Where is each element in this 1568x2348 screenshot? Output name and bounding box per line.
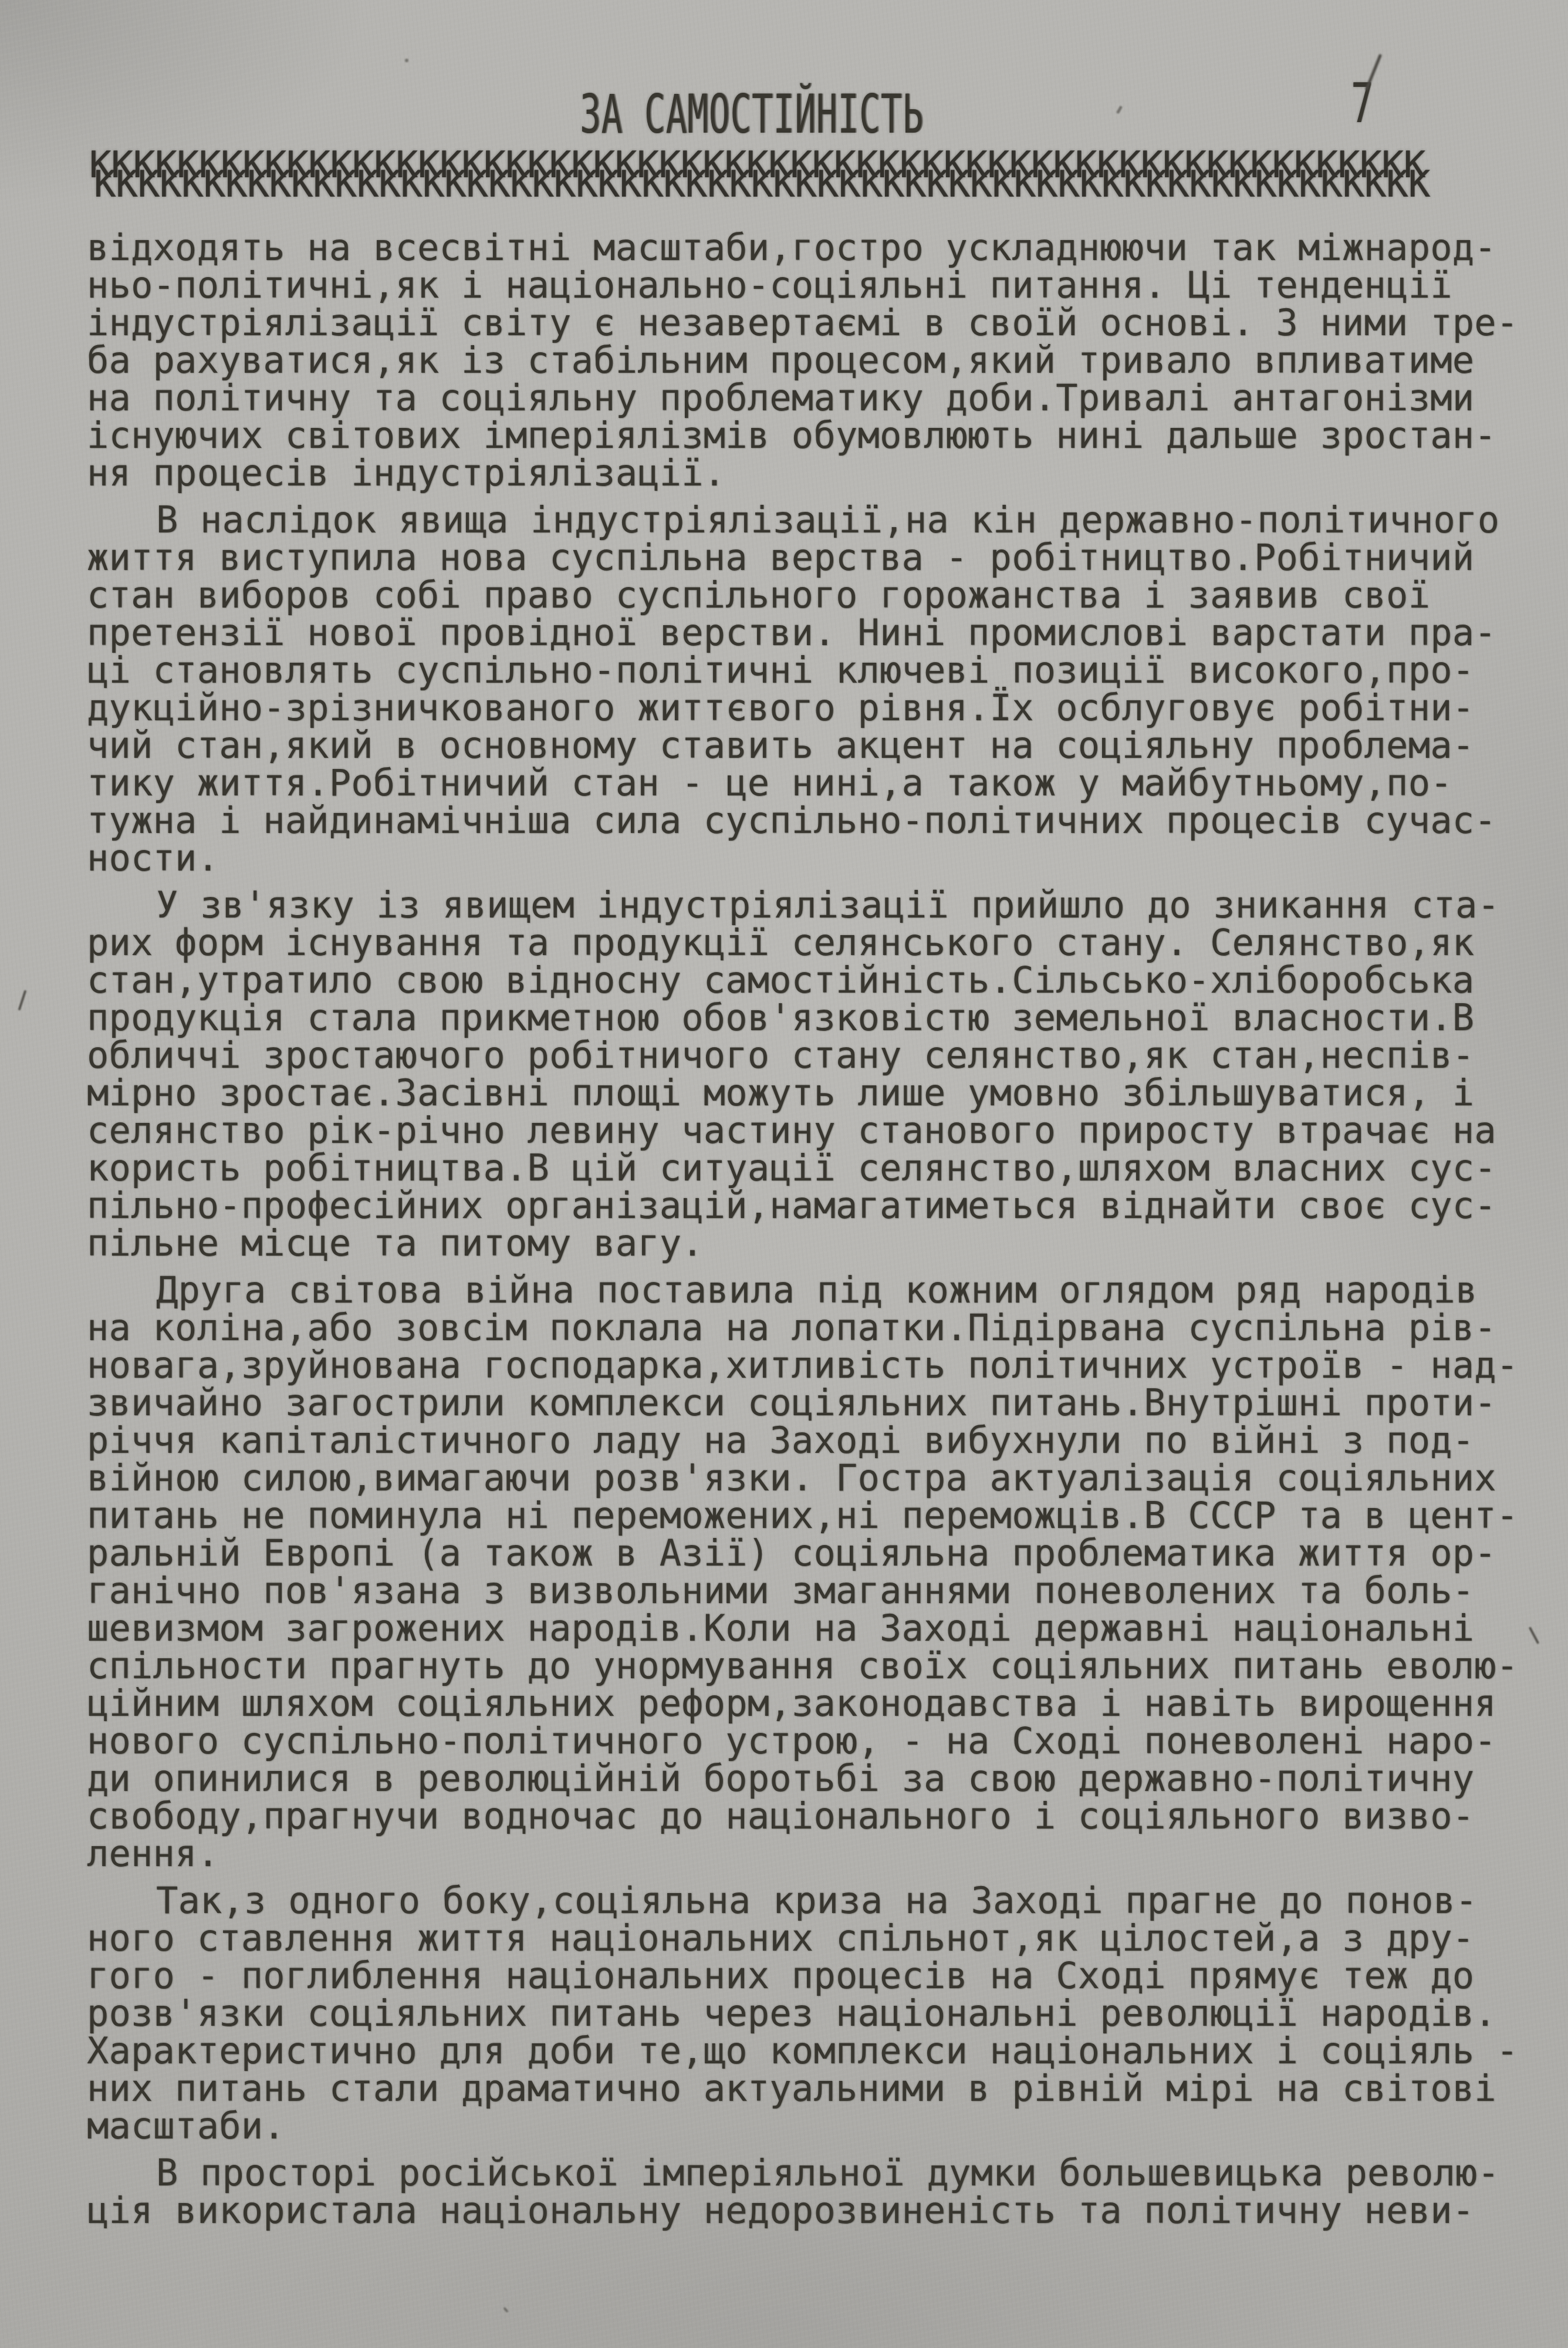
text-line: існуючих світових імперіялізмів обумовлю… (87, 417, 1530, 454)
document-body: відходять на всесвітні масштаби,гостро у… (87, 229, 1530, 2239)
text-line: дукційно-зрізничкованого життєвого рівня… (87, 689, 1530, 727)
text-line: ди опинилися в революційній боротьбі за … (87, 1760, 1530, 1797)
text-line: ньо-політичні,як і національно-соціяльні… (87, 266, 1530, 304)
text-line: спільности прагнуть до унормування своїх… (87, 1647, 1530, 1685)
divider-row-bottom: КККККККККККККККККККККККККККККККККККККККК… (94, 166, 1430, 203)
text-line: шевизмом загрожених народів.Коли на Захо… (87, 1610, 1530, 1647)
text-line: стан виборов собі право суспільного горо… (87, 576, 1530, 614)
text-line: відходять на всесвітні масштаби,гостро у… (87, 229, 1530, 266)
paragraph: Друга світова війна поставила під кожним… (87, 1271, 1530, 1873)
text-line: них питань стали драматично актуальними … (87, 2070, 1530, 2107)
paragraph: відходять на всесвітні масштаби,гостро у… (87, 229, 1530, 492)
text-line: тужна і найдинамічніша сила суспільно-по… (87, 802, 1530, 839)
text-line: на коліна,або зовсім поклала на лопатки.… (87, 1309, 1530, 1347)
text-line: претензії нової провідної верстви. Нині … (87, 614, 1530, 652)
text-line: ба рахуватися,як із стабільним процесом,… (87, 342, 1530, 379)
scanned-document-page: ЗА САМОСТІЙНІСТЬ 7 ККККККККККККККККККККК… (0, 0, 1568, 2348)
text-line: новага,зруйнована господарка,хитливість … (87, 1347, 1530, 1384)
text-line: стан,утратило свою відносну самостійніст… (87, 962, 1530, 999)
text-line: гого - поглиблення національних процесів… (87, 1957, 1530, 1995)
text-line: рих форм існування та продукції селянськ… (87, 924, 1530, 962)
text-line: ція використала національну недорозвинен… (87, 2192, 1530, 2229)
text-line: розв'язки соціяльних питань через націон… (87, 1995, 1530, 2032)
text-line: масштаби. (87, 2107, 1530, 2145)
text-line: В наслідок явища індустріялізації,на кін… (87, 501, 1530, 539)
text-line: пільне місце та питому вагу. (87, 1224, 1530, 1262)
text-line: ня процесів індустріялізації. (87, 454, 1530, 492)
text-line: ці становлять суспільно-політичні ключев… (87, 652, 1530, 689)
text-line: війною силою,вимагаючи розв'язки. Гостра… (87, 1459, 1530, 1497)
text-line: нового суспільно-політичного устрою, - н… (87, 1722, 1530, 1760)
text-line: В просторі російської імперіяльної думки… (87, 2154, 1530, 2192)
text-line: життя виступила нова суспільна верства -… (87, 539, 1530, 576)
text-line: обличчі зростаючого робітничого стану се… (87, 1037, 1530, 1074)
text-line: користь робітництва.В цій ситуації селян… (87, 1149, 1530, 1187)
text-line: індустріялізації світу є незавертаємі в … (87, 304, 1530, 342)
paragraph: В просторі російської імперіяльної думки… (87, 2154, 1530, 2229)
text-line: на політичну та соціяльну проблематику д… (87, 379, 1530, 417)
text-line: селянство рік-річно левину частину стано… (87, 1112, 1530, 1149)
paper-speck (405, 59, 408, 62)
text-line: Друга світова війна поставила під кожним… (87, 1271, 1530, 1309)
text-line: лення. (87, 1835, 1530, 1873)
margin-mark (18, 990, 27, 1010)
text-line: питань не поминула ні переможених,ні пер… (87, 1497, 1530, 1534)
text-line: ного ставлення життя національних спільн… (87, 1919, 1530, 1957)
paragraph: Так,з одного боку,соціяльна криза на Зах… (87, 1882, 1530, 2145)
text-line: свободу,прагнучи водночас до національно… (87, 1797, 1530, 1835)
text-line: ральній Европі (а також в Азії) соціяльн… (87, 1534, 1530, 1572)
page-title: ЗА САМОСТІЙНІСТЬ (580, 87, 924, 143)
text-line: У зв'язку із явищем індустріялізації при… (87, 886, 1530, 924)
text-line: Характеристично для доби те,що комплекси… (87, 2032, 1530, 2070)
text-line: ности. (87, 839, 1530, 877)
text-line: ганічно пов'язана з визвольними змагання… (87, 1572, 1530, 1610)
paragraph: У зв'язку із явищем індустріялізації при… (87, 886, 1530, 1262)
text-line: мірно зростає.Засівні площі можуть лише … (87, 1074, 1530, 1112)
text-line: пільно-професійних організацій,намагатим… (87, 1187, 1530, 1224)
text-line: звичайно загострили комплекси соціяльних… (87, 1384, 1530, 1422)
text-line: чий стан,який в основному ставить акцент… (87, 727, 1530, 764)
paper-speck (503, 2307, 508, 2313)
paragraph: В наслідок явища індустріялізації,на кін… (87, 501, 1530, 877)
paper-speck (1116, 106, 1123, 114)
text-line: ційним шляхом соціяльних реформ,законода… (87, 1685, 1530, 1722)
text-line: річчя капіталістичного ладу на Заході ви… (87, 1422, 1530, 1459)
text-line: продукція стала прикметною обов'язковіст… (87, 999, 1530, 1037)
text-line: тику життя.Робітничий стан - це нині,а т… (87, 764, 1530, 802)
text-line: Так,з одного боку,соціяльна криза на Зах… (87, 1882, 1530, 1919)
